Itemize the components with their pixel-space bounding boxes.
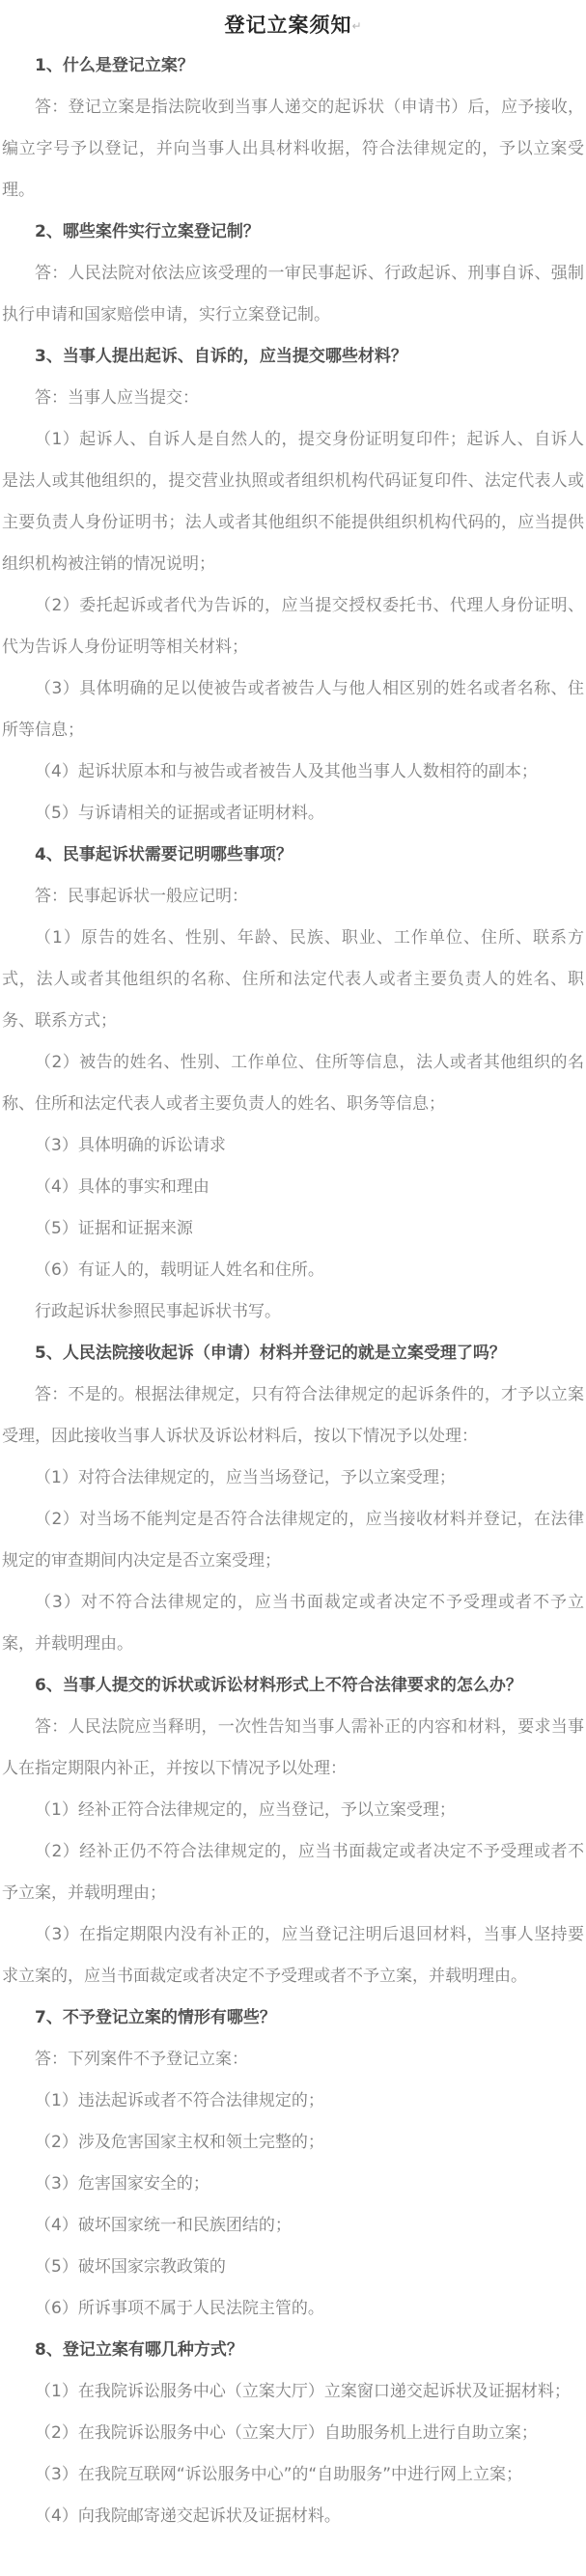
list-item-paragraph: （2）经补正仍不符合法律规定的，应当书面裁定或者决定不予受理或者不予立案，并载明…	[2, 1831, 584, 1914]
list-item-paragraph: （1）在我院诉讼服务中心（立案大厅）立案窗口递交起诉状及证据材料；	[2, 2371, 584, 2413]
question-heading-8: 8、登记立案有哪几种方式？	[2, 2330, 584, 2371]
list-item-paragraph: （3）具体明确的足以使被告或者被告人与他人相区别的姓名或者名称、住所等信息；	[2, 668, 584, 751]
list-item-paragraph: （6）有证人的，载明证人姓名和住所。	[2, 1250, 584, 1291]
question-heading-3: 3、当事人提出起诉、自诉的，应当提交哪些材料？	[2, 336, 584, 378]
list-item-paragraph: （6）所诉事项不属于人民法院主管的。	[2, 2288, 584, 2330]
answer-paragraph: 答：人民法院对依法应该受理的一审民事起诉、行政起诉、刑事自诉、强制执行申请和国家…	[2, 253, 584, 336]
list-item-paragraph: （1）对符合法律规定的，应当当场登记，予以立案受理；	[2, 1458, 584, 1499]
question-heading-5: 5、人民法院接收起诉（申请）材料并登记的就是立案受理了吗？	[2, 1333, 584, 1374]
list-item-paragraph: （5）证据和证据来源	[2, 1208, 584, 1250]
answer-paragraph: 答：下列案件不予登记立案：	[2, 2039, 584, 2081]
answer-paragraph: 答：当事人应当提交：	[2, 378, 584, 419]
list-item-paragraph: （5）与诉请相关的证据或者证明材料。	[2, 793, 584, 835]
page-title-text: 登记立案须知	[224, 13, 351, 37]
answer-paragraph: 答：人民法院应当释明，一次性告知当事人需补正的内容和材料，要求当事人在指定期限内…	[2, 1707, 584, 1790]
filing-notice-document: 登记立案须知↵ 1、什么是登记立案？ 答：登记立案是指法院收到当事人递交的起诉状…	[0, 0, 586, 2576]
note-paragraph: 行政起诉状参照民事起诉状书写。	[2, 1291, 584, 1333]
list-item-paragraph: （2）被告的姓名、性别、工作单位、住所等信息，法人或者其他组织的名称、住所和法定…	[2, 1042, 584, 1125]
question-heading-1: 1、什么是登记立案？	[2, 45, 584, 87]
list-item-paragraph: （2）委托起诉或者代为告诉的，应当提交授权委托书、代理人身份证明、代为告诉人身份…	[2, 585, 584, 668]
list-item-paragraph: （3）危害国家安全的；	[2, 2164, 584, 2205]
page-title: 登记立案须知↵	[2, 6, 584, 45]
list-item-paragraph: （2）在我院诉讼服务中心（立案大厅）自助服务机上进行自助立案；	[2, 2413, 584, 2454]
answer-paragraph: 答：登记立案是指法院收到当事人递交的起诉状（申请书）后，应予接收，编立字号予以登…	[2, 87, 584, 212]
list-item-paragraph: （2）涉及危害国家主权和领土完整的；	[2, 2122, 584, 2164]
list-item-paragraph: （5）破坏国家宗教政策的	[2, 2247, 584, 2288]
list-item-paragraph: （3）具体明确的诉讼请求	[2, 1125, 584, 1167]
list-item-paragraph: （3）在指定期限内没有补正的，应当登记注明后退回材料，当事人坚持要求立案的，应当…	[2, 1914, 584, 1997]
question-heading-6: 6、当事人提交的诉状或诉讼材料形式上不符合法律要求的怎么办？	[2, 1665, 584, 1707]
question-heading-2: 2、哪些案件实行立案登记制？	[2, 212, 584, 253]
list-item-paragraph: （4）向我院邮寄递交起诉状及证据材料。	[2, 2496, 584, 2537]
list-item-paragraph: （4）起诉状原本和与被告或者被告人及其他当事人人数相符的副本；	[2, 751, 584, 793]
question-heading-7: 7、不予登记立案的情形有哪些？	[2, 1997, 584, 2039]
list-item-paragraph: （3）在我院互联网“诉讼服务中心”的“自助服务”中进行网上立案；	[2, 2454, 584, 2496]
question-heading-4: 4、民事起诉状需要记明哪些事项？	[2, 835, 584, 876]
list-item-paragraph: （4）具体的事实和理由	[2, 1167, 584, 1208]
paragraph-mark-icon: ↵	[351, 19, 361, 33]
list-item-paragraph: （1）起诉人、自诉人是自然人的，提交身份证明复印件；起诉人、自诉人是法人或其他组…	[2, 419, 584, 585]
list-item-paragraph: （4）破坏国家统一和民族团结的；	[2, 2205, 584, 2247]
answer-paragraph: 答：民事起诉状一般应记明：	[2, 876, 584, 918]
list-item-paragraph: （3）对不符合法律规定的，应当书面裁定或者决定不予受理或者不予立案，并载明理由。	[2, 1582, 584, 1665]
list-item-paragraph: （2）对当场不能判定是否符合法律规定的，应当接收材料并登记，在法律规定的审查期间…	[2, 1499, 584, 1582]
list-item-paragraph: （1）违法起诉或者不符合法律规定的；	[2, 2081, 584, 2122]
list-item-paragraph: （1）原告的姓名、性别、年龄、民族、职业、工作单位、住所、联系方式，法人或者其他…	[2, 918, 584, 1042]
answer-paragraph: 答：不是的。根据法律规定，只有符合法律规定的起诉条件的，才予以立案受理，因此接收…	[2, 1374, 584, 1458]
list-item-paragraph: （1）经补正符合法律规定的，应当登记，予以立案受理；	[2, 1790, 584, 1831]
